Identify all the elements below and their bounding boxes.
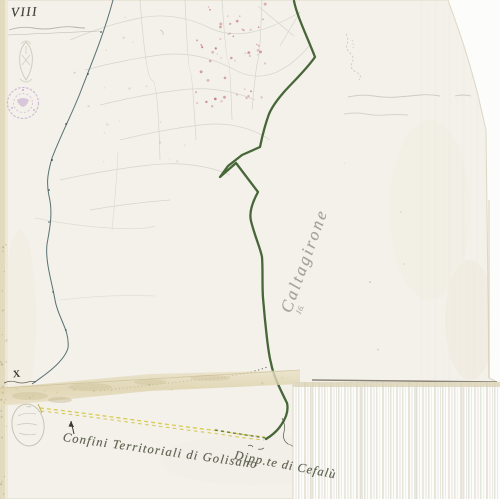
scanned-cadastral-map: VIII Caltagirone 16. X Confini Territori… [0, 0, 500, 499]
map-canvas [0, 0, 500, 499]
left-paper-edge [0, 0, 8, 499]
scan-streak-zone [293, 382, 500, 499]
sheet-number: VIII [11, 4, 38, 21]
boundary-x-mark: X [12, 369, 20, 381]
